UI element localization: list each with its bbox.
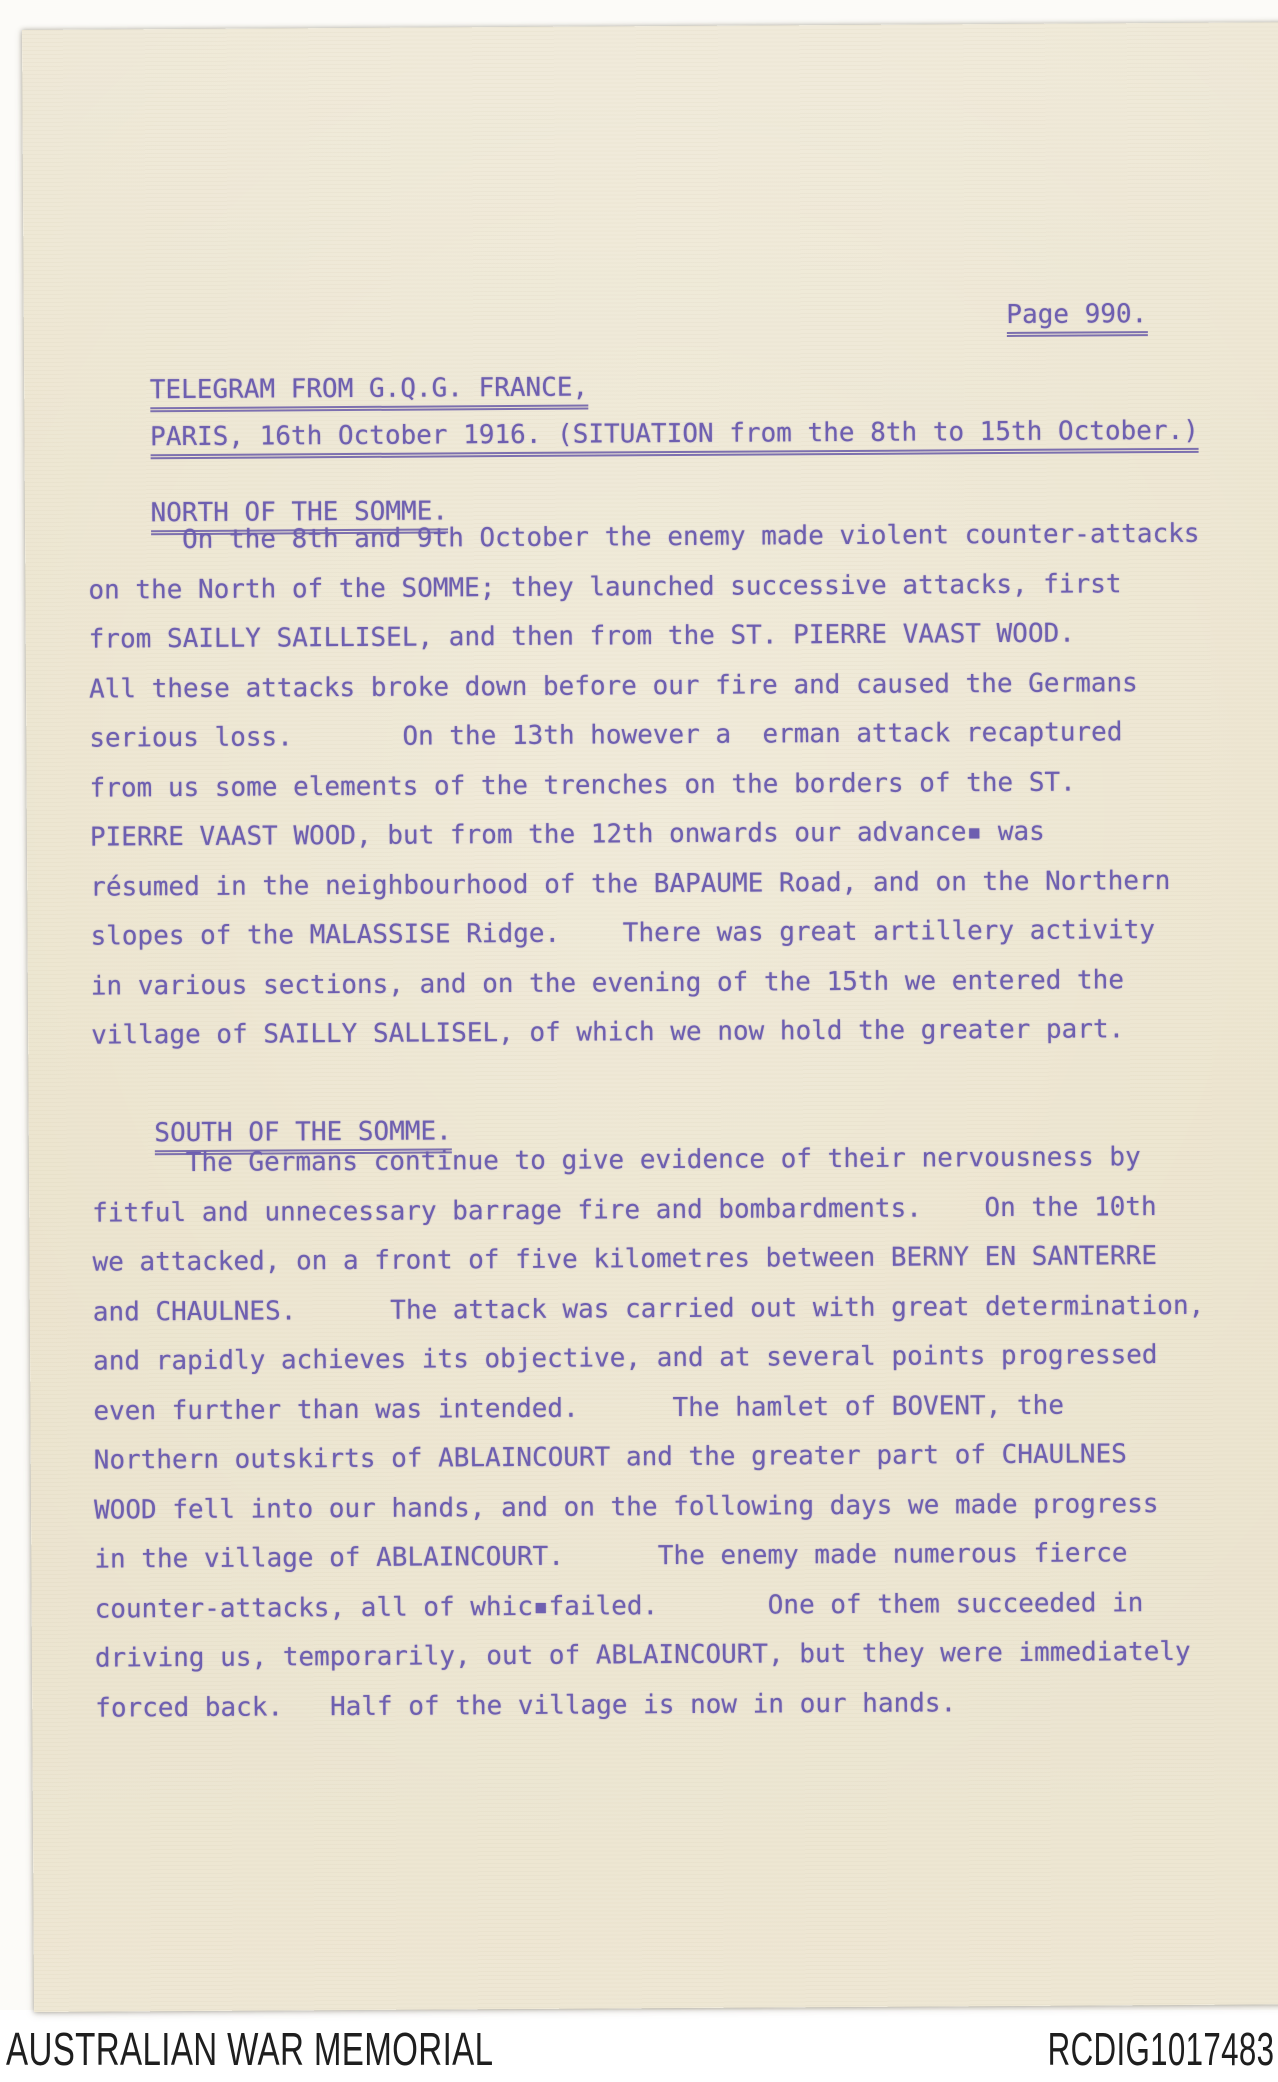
typed-line: All these attacks broke down before our … bbox=[89, 658, 1201, 714]
typed-line: from SAILLY SAILLISEL, and then from the… bbox=[89, 609, 1201, 665]
typed-line: forced back. Half of the village is now … bbox=[95, 1677, 1207, 1733]
typed-line: and rapidly achieves its objective, and … bbox=[93, 1331, 1205, 1387]
page-number-text: Page 990. bbox=[1006, 301, 1147, 337]
section-body-north-of-the-somme: On the 8th and 9th October the enemy mad… bbox=[88, 510, 1203, 1061]
typed-line: from us some elements of the trenches on… bbox=[89, 757, 1201, 813]
typed-line: on the North of the SOMME; they launched… bbox=[88, 559, 1200, 615]
section-body-south-of-the-somme: The Germans continue to give evidence of… bbox=[92, 1133, 1207, 1734]
typed-line: slopes of the MALASSISE Ridge. There was… bbox=[90, 906, 1202, 962]
typed-line: driving us, temporarily, out of ABLAINCO… bbox=[95, 1628, 1207, 1684]
footer-reference-id: RCDIG1017483 bbox=[1047, 2022, 1274, 2076]
typed-line: WOOD fell into our hands, and on the fol… bbox=[94, 1479, 1206, 1535]
footer-institution: AUSTRALIAN WAR MEMORIAL bbox=[6, 2022, 493, 2076]
typed-line: we attacked, on a front of five kilometr… bbox=[92, 1232, 1204, 1288]
typed-line: serious loss. On the 13th however a erma… bbox=[89, 708, 1201, 764]
typed-line: PIERRE VAAST WOOD, but from the 12th onw… bbox=[90, 807, 1202, 863]
typed-line: résumed in the neighbourhood of the BAPA… bbox=[90, 856, 1202, 912]
typed-line: village of SAILLY SALLISEL, of which we … bbox=[91, 1005, 1203, 1061]
page-number: Page 990. bbox=[943, 269, 1147, 367]
typed-line: The Germans continue to give evidence of… bbox=[92, 1133, 1204, 1189]
typed-line: Northern outskirts of ABLAINCOURT and th… bbox=[94, 1430, 1206, 1486]
typed-line: counter-attacks, all of whic▪failed. One… bbox=[95, 1578, 1207, 1634]
typed-line: in the village of ABLAINCOURT. The enemy… bbox=[94, 1529, 1206, 1585]
typed-line: On the 8th and 9th October the enemy mad… bbox=[88, 510, 1200, 566]
document-subtitle-text: PARIS, 16th October 1916. (SITUATION fro… bbox=[150, 418, 1199, 459]
typed-line: even further than was intended. The haml… bbox=[93, 1380, 1205, 1436]
typed-line: fitful and unnecessary barrage fire and … bbox=[92, 1182, 1204, 1238]
document-paper: Page 990. TELEGRAM FROM G.Q.G. FRANCE, P… bbox=[22, 22, 1278, 2012]
typed-line: in various sections, and on the evening … bbox=[91, 955, 1203, 1011]
typed-line: and CHAULNES. The attack was carried out… bbox=[93, 1281, 1205, 1337]
